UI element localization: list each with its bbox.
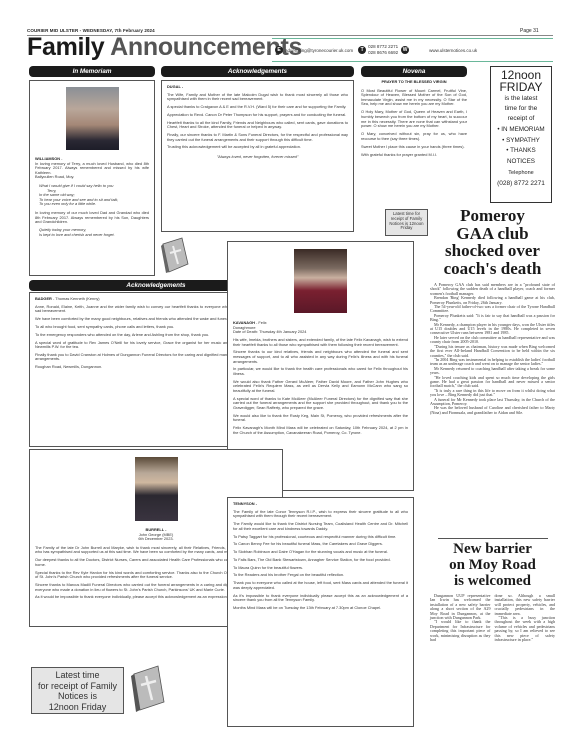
prayer-text: Sweet Mother I place this cause in your … (361, 145, 467, 150)
article-headline: Pomeroy GAA club shocked over coach's de… (430, 207, 555, 277)
headline-line: Pomeroy (430, 207, 555, 225)
latest-line: Notices is (32, 691, 123, 702)
notice-text: Thank you to everyone who called at the … (233, 581, 408, 590)
notice-text: Trusting this acknowledgement will be ac… (167, 145, 348, 150)
page-number: Page 31 (520, 28, 539, 34)
deceased-name: DUGAL - (167, 85, 348, 90)
deadline-advert: 12noon FRIDAY is the latest time for the… (490, 66, 552, 203)
prayer-text: With grateful thanks for prayer granted … (361, 153, 467, 158)
ad-telephone[interactable]: (028) 8772 2271 (491, 179, 551, 189)
headline-line: New barrier (430, 541, 555, 557)
prayer-text: O Mary, conceived without sin, pray for … (361, 132, 467, 141)
ad-line: receipt of (491, 114, 551, 124)
pomeroy-article: Pomeroy GAA club shocked over coach's de… (430, 207, 555, 415)
notice-text: To Patsy Taggart for his professional, c… (233, 535, 408, 540)
article-divider (438, 538, 548, 539)
phone-icon: T (358, 46, 366, 54)
latest-time-notice-small: Latest time for receipt of Family Notice… (385, 209, 428, 236)
notice-text: To Maura Quinn for the beautiful flowers… (233, 566, 408, 571)
in-memoriam-bar: In Memoriam (29, 66, 155, 77)
notice-text: A special thanks to Craigavon A & E and … (167, 105, 348, 110)
latest-line: for receipt of Family (32, 681, 123, 692)
phone-2[interactable]: 028 8676 6692 (368, 50, 398, 56)
phone-numbers: 028 8772 2271 028 8676 6692 (368, 44, 398, 56)
email-icon: E (275, 46, 283, 54)
article-columns: Dungannon UUP representative Ian Irwin h… (430, 594, 555, 642)
article-para: "This is a busy junction throughout the … (495, 616, 556, 642)
notice-address: Ballycullen Road, Moy. (35, 175, 149, 180)
ad-item: NOTICES (491, 156, 551, 167)
notice-text: The Family would like to thank the Distr… (233, 522, 408, 531)
notice-text: In loving memory of our much loved Dad a… (35, 211, 149, 225)
title-dark: Family (27, 33, 104, 61)
ad-item: • THANKS (491, 146, 551, 156)
notice-text: Finally, our sincere thanks to F. Martin… (167, 133, 348, 142)
article-column-2: done so. Although a small installation, … (495, 594, 556, 642)
prayer-text: O Holy Mary, Mother of God, Queen of Hea… (361, 110, 467, 128)
deceased-firstname: - Felix (255, 320, 267, 325)
moy-road-article: New barrier on Moy Road is welcomed Dung… (430, 541, 555, 642)
prayer-title: PRAYER TO THE BLESSED VIRGIN (361, 80, 467, 85)
notice-text: As it's impossible to thank everyone ind… (233, 594, 408, 603)
notice-text: To the Readers and his brother Fergal on… (233, 573, 408, 578)
notice-text: To Siobhan Robinson and Daire O'Hagan fo… (233, 550, 408, 555)
notice-text: A special word of thanks to Kate McAleer… (233, 397, 408, 411)
latest-line: Latest time (32, 670, 123, 681)
burrell-photo (135, 457, 178, 521)
deceased-name: TENNYSON - (233, 502, 408, 507)
deceased-name: BADGER (35, 296, 52, 301)
headline-line: shocked over (430, 242, 555, 260)
ad-line: FRIDAY (491, 81, 551, 94)
latest-line: 12noon Friday (32, 702, 123, 713)
notice-text: His wife, Imelda, brothers and sisters, … (233, 338, 408, 347)
prayer-text: O Most Beautiful Flower of Mount Carmel,… (361, 89, 467, 107)
notice-text: We would also thank Father Gerard McAlee… (233, 380, 408, 394)
web-icon: W (401, 46, 409, 54)
notice-text: To Falls Bars, The Old Bank Stewartstown… (233, 558, 408, 563)
notice-text: Sincere thanks to our kind relatives, fr… (233, 350, 408, 364)
ad-item: • SYMPATHY (491, 135, 551, 146)
article-para: "He loved coaching kids and spent so muc… (430, 376, 555, 389)
contact-strip: E advertising@tyronecourier.uk.com T 028… (272, 38, 553, 62)
headline-line: coach's death (430, 260, 555, 278)
email-link[interactable]: advertising@tyronecourier.uk.com (285, 48, 353, 53)
article-para: "I would like to thank the Department fo… (430, 620, 491, 642)
verse: What I would give if I could say hello t… (39, 184, 149, 207)
notice-text: To Canon Benny Fee for his beautiful fun… (233, 542, 408, 547)
dugal-notice: DUGAL - The Wife, Family and Mother of t… (161, 80, 354, 232)
latest-time-notice-large: Latest time for receipt of Family Notice… (31, 667, 124, 714)
deceased-fullname: - Thomas Kenneth (Kenny) (52, 296, 100, 301)
article-para: He was the beloved husband of Caroline a… (430, 406, 555, 415)
notice-text: In particular, we would like to thank th… (233, 367, 408, 376)
article-para: done so. Although a small installation, … (495, 594, 556, 616)
notice-text: Appreciation to Revd. Canon Dr Peter Tho… (167, 113, 348, 118)
article-headline: New barrier on Moy Road is welcomed (430, 541, 555, 589)
notice-text: Felix Kavanagh's Month Mind Mass will be… (233, 426, 408, 435)
ad-line: time for the (491, 104, 551, 114)
bible-icon (160, 236, 190, 276)
article-column-1: Dungannon UUP representative Ian Irwin h… (430, 594, 491, 642)
notice-text: Heartfelt thanks to all the kind Family,… (167, 121, 348, 130)
headline-line: is welcomed (430, 573, 555, 589)
article-para: Dungannon UUP representative Ian Irwin h… (430, 594, 491, 620)
website-link[interactable]: www.ulsternotices.co.uk (429, 48, 477, 53)
headline-line: GAA club (430, 225, 555, 243)
article-body: A Pomeroy GAA club has said members are … (430, 283, 555, 415)
notice-text: The Wife, Family and Mother of the late … (167, 93, 348, 102)
bible-icon (128, 664, 168, 714)
williamson-photo (66, 87, 119, 150)
williamson-notice: WILLIAMSON - In loving memory of Terry, … (29, 80, 155, 276)
page-title: Family Announcements (27, 33, 302, 62)
verse-line: To you even only for a little while. (39, 202, 149, 207)
notice-text: The Family of the late Conor Tennyson R.… (233, 510, 408, 519)
notice-text: In loving memory of Terry, a much loved … (35, 162, 149, 176)
verse-2: Quietly today your memory, Is kept to lo… (39, 228, 149, 237)
date-of-death: Date of Death: Thursday 4th January 2024 (233, 330, 408, 335)
article-para: "During his tenure as chairman, history … (430, 345, 555, 358)
novena-prayer: PRAYER TO THE BLESSED VIRGIN O Most Beau… (361, 80, 467, 158)
verse-line: Is kept to love and cherish and never fo… (39, 233, 149, 238)
novena-bar: Novena (361, 66, 467, 77)
notice-text: Months Mind Mass will be on Tuesday the … (233, 606, 408, 611)
latest-time-text: Latest time for receipt of Family Notice… (389, 211, 423, 230)
kavanagh-photo (294, 249, 347, 313)
memorial-quote: "Always loved, never forgotten, forever … (167, 155, 348, 160)
ad-item: • IN MEMORIAM (491, 124, 551, 135)
ad-tel-label: Telephone (491, 167, 551, 179)
notice-text: We would also like to thank the Rusty Ke… (233, 414, 408, 423)
ad-line: is the latest (491, 94, 551, 104)
article-para: Mr Kennedy, a champion player in his you… (430, 323, 555, 336)
acknowledgements-bar: Acknowledgements (161, 66, 354, 77)
headline-line: on Moy Road (430, 557, 555, 573)
tennyson-notice: TENNYSON - The Family of the late Conor … (227, 497, 414, 727)
